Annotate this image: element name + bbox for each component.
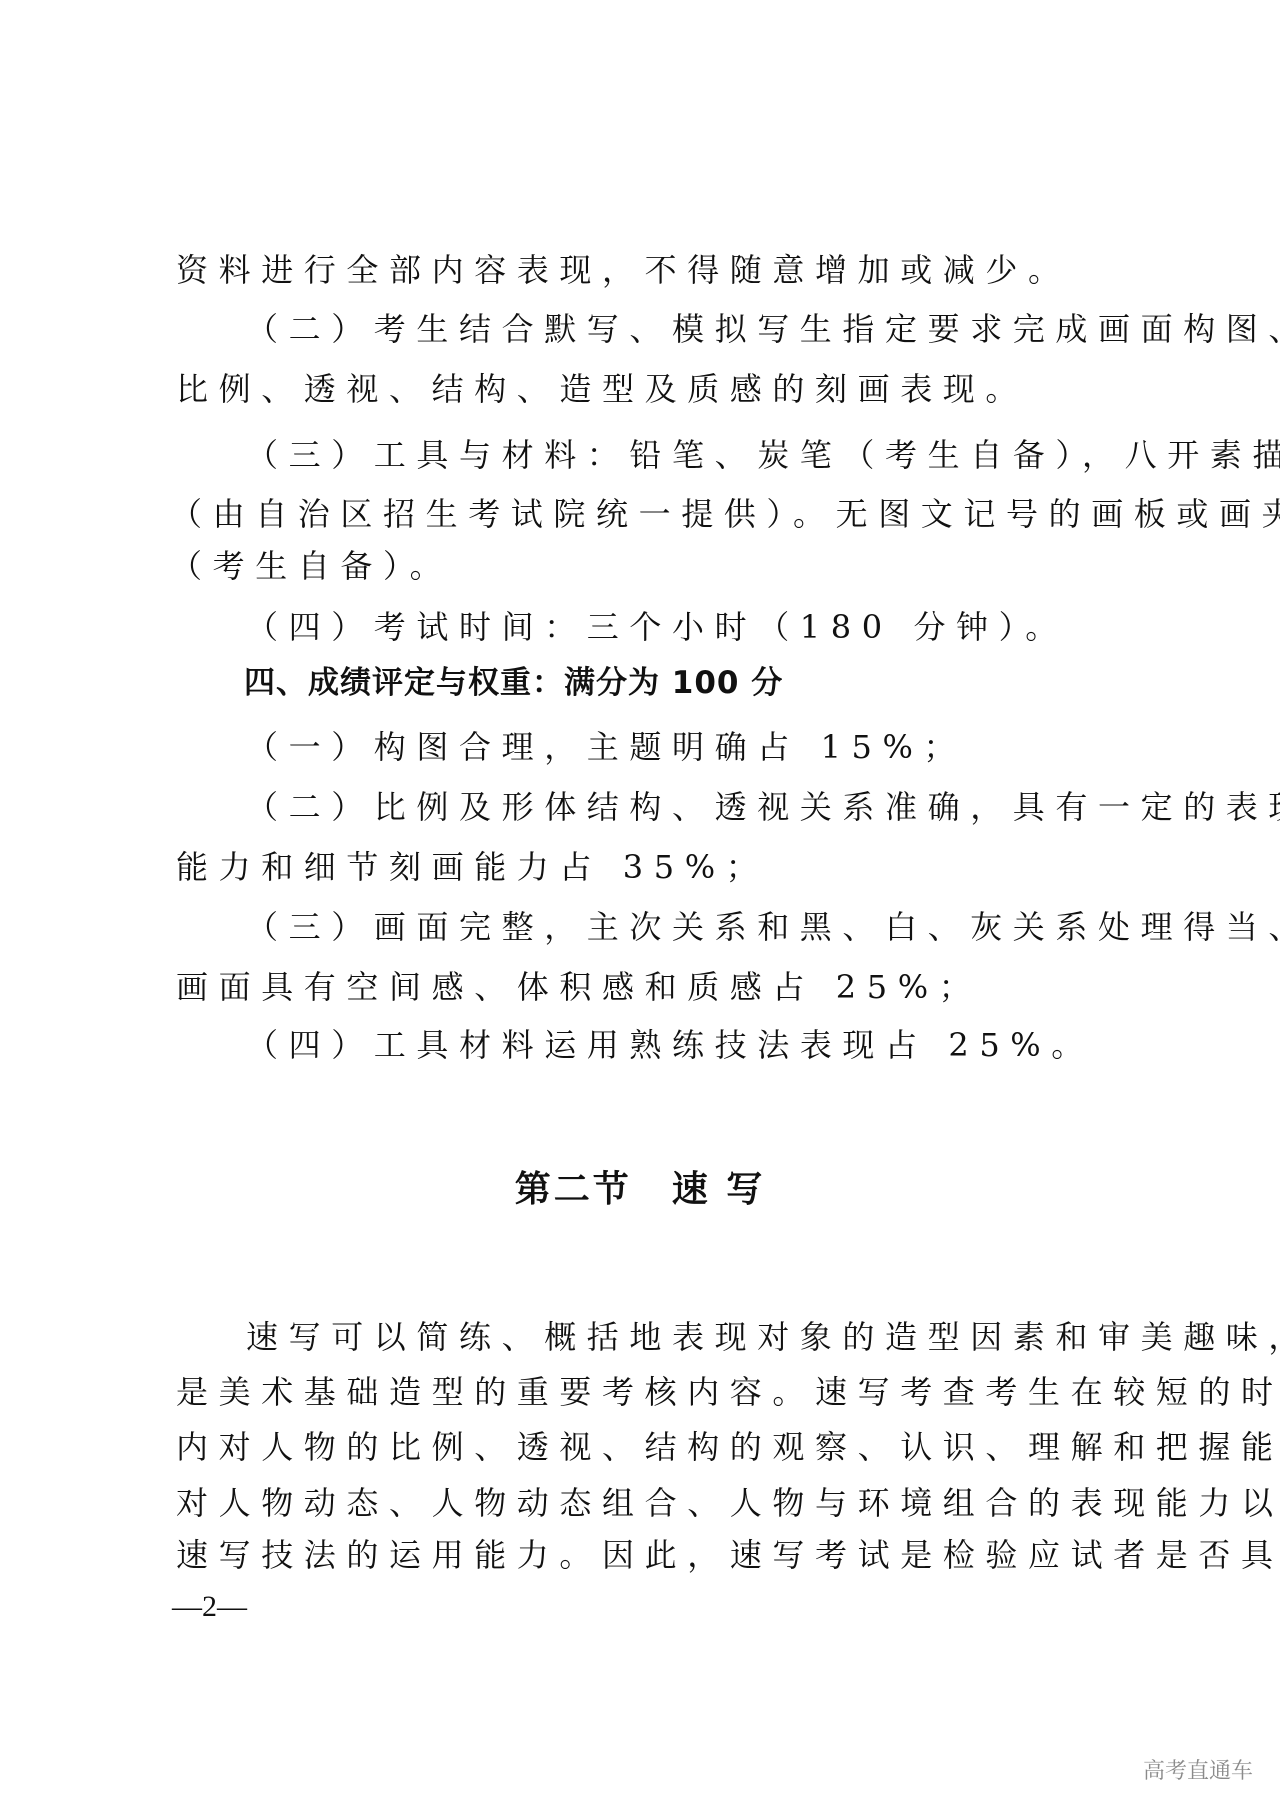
paragraph-line: 内对人物的比例、透视、结构的观察、认识、理解和把握能力， [176,1425,1136,1469]
paragraph-line: （由自治区招生考试院统一提供）。无图文记号的画板或画夹 [170,492,1130,536]
scoring-item-proportion: （二）比例及形体结构、透视关系准确，具有一定的表现 [246,785,1206,829]
page-number: —2— [172,1590,247,1624]
scoring-heading: 四、成绩评定与权重：满分为 100 分 [244,661,1204,705]
watermark: 高考直通车 [1143,1758,1253,1786]
paragraph-line: 画面具有空间感、体积感和质感占 25%； [176,965,1136,1009]
paragraph-line: （考生自备）。 [170,544,1130,588]
paragraph-line: 是美术基础造型的重要考核内容。速写考查考生在较短的时间 [176,1370,1136,1414]
section-name: 速 写 [672,1169,766,1210]
paragraph-line: 比例、透视、结构、造型及质感的刻画表现。 [176,367,1136,411]
paragraph-line: 速写可以简练、概括地表现对象的造型因素和审美趣味， [246,1315,1206,1359]
paragraph-line: 能力和细节刻画能力占 35%； [176,845,1136,889]
scoring-item-technique: （四）工具材料运用熟练技法表现占 25%。 [246,1023,1206,1067]
document-page: 资料进行全部内容表现，不得随意增加或减少。 （二）考生结合默写、模拟写生指定要求… [0,0,1280,1810]
section-title: 第二节速 写 [0,1168,1280,1212]
paragraph-line: 对人物动态、人物动态组合、人物与环境组合的表现能力以及 [176,1481,1136,1525]
section-number: 第二节 [515,1169,632,1210]
list-item-exam-time: （四）考试时间：三个小时（180 分钟）。 [246,605,1206,649]
paragraph-line: 资料进行全部内容表现，不得随意增加或减少。 [176,248,1136,292]
paragraph-line: 速写技法的运用能力。因此，速写考试是检验应试者是否具备 [176,1533,1136,1577]
list-item-tools-materials: （三）工具与材料：铅笔、炭笔（考生自备），八开素描纸 [246,433,1206,477]
list-item-requirement-2: （二）考生结合默写、模拟写生指定要求完成画面构图、 [246,307,1206,351]
scoring-item-completeness: （三）画面完整，主次关系和黑、白、灰关系处理得当、 [246,905,1206,949]
scoring-item-composition: （一）构图合理，主题明确占 15%； [246,725,1206,769]
